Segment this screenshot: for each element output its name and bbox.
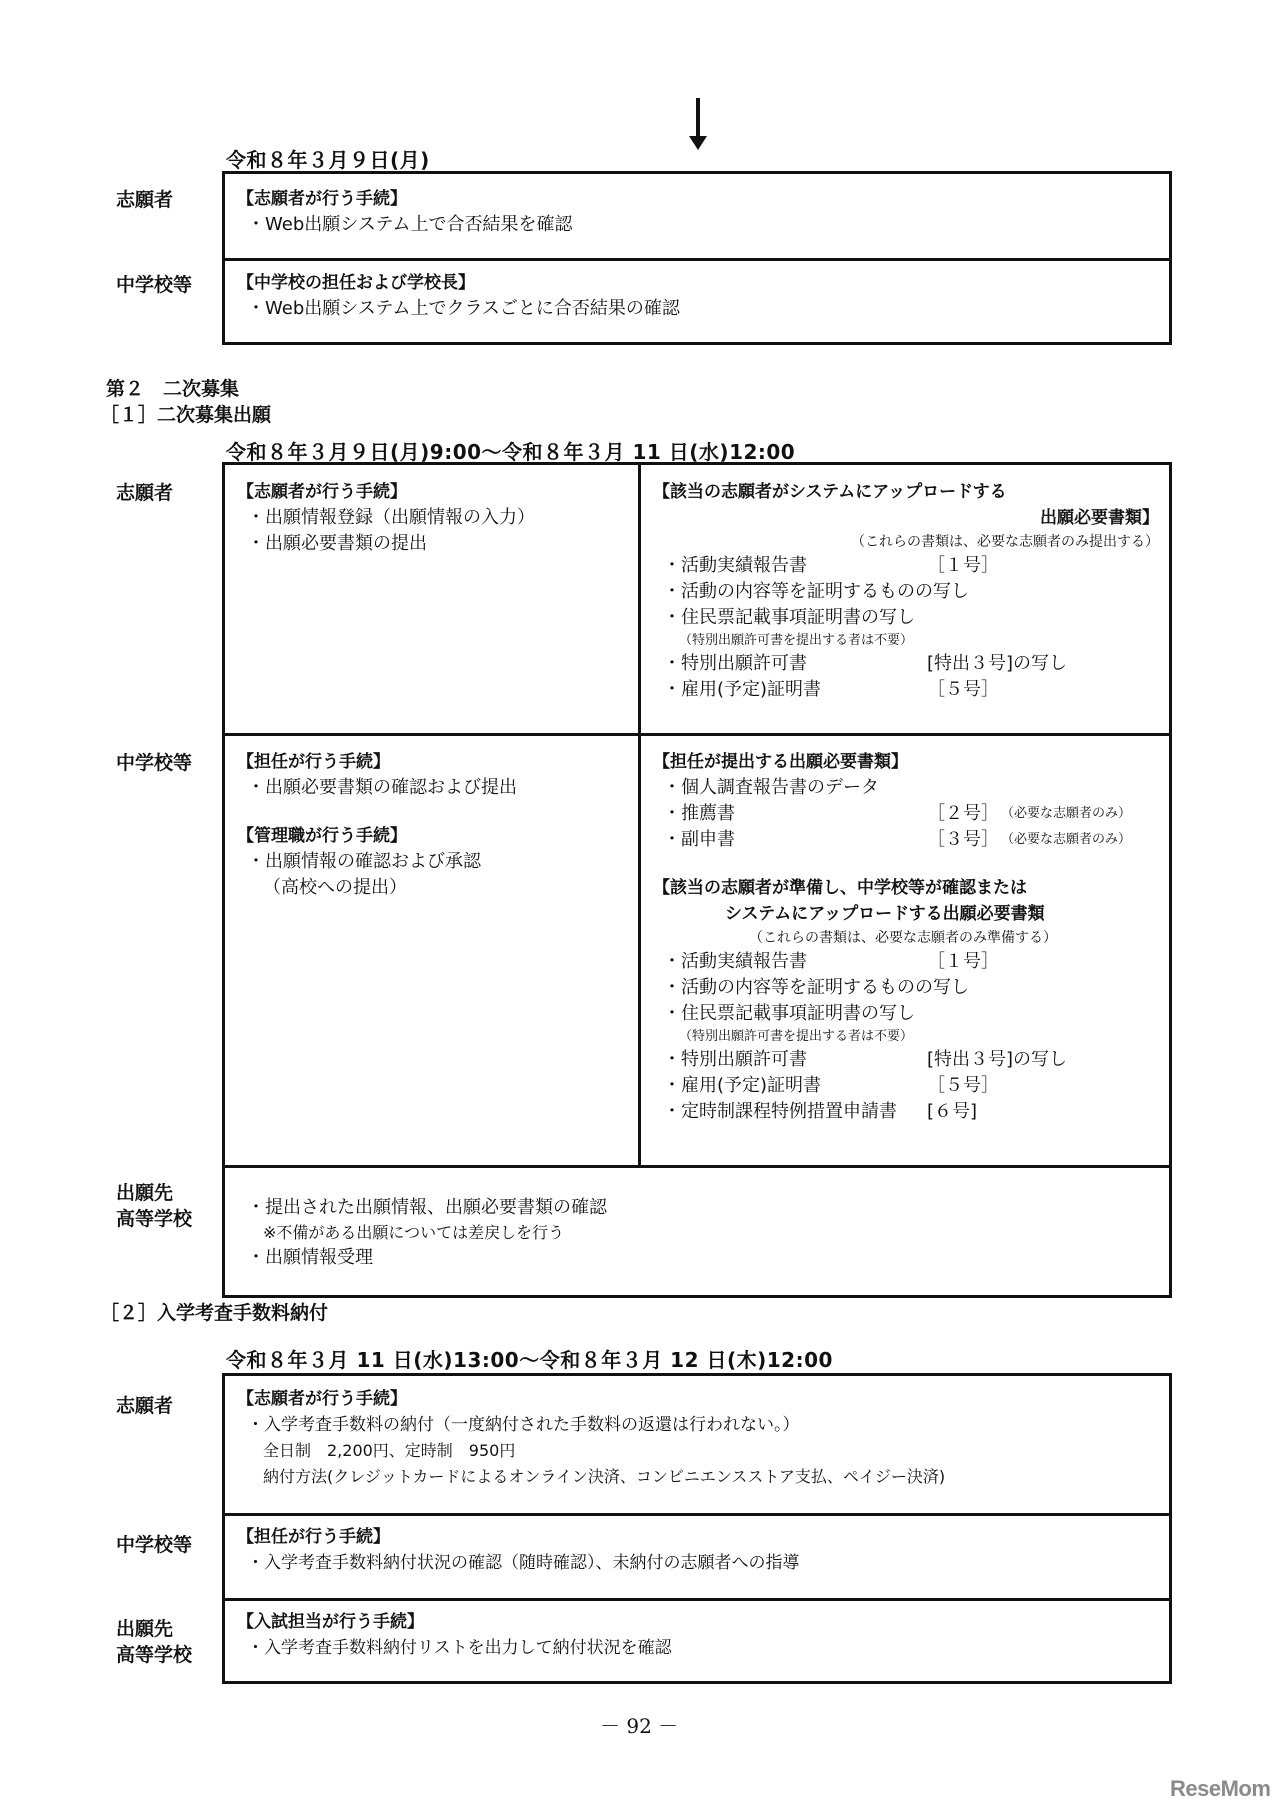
- school-procedure-heading: 【中学校の担任および学校長】: [237, 270, 680, 296]
- exam-officer-procedure-heading: 【入試担当が行う手続】: [237, 1609, 672, 1635]
- fee-table: 【志願者が行う手続】 ・入学考査手数料の納付（一度納付された手数料の返還は行われ…: [222, 1373, 1172, 1684]
- role-high-school-line2: 高等学校: [116, 1206, 192, 1232]
- doc-name: ・雇用(予定)証明書: [663, 1073, 927, 1099]
- down-arrow-icon: [694, 98, 702, 154]
- role-high-school-line1: 出願先: [116, 1180, 173, 1206]
- doc-code: ［１号］: [927, 949, 999, 975]
- applicant-result-item: ・Web出願システム上で合否結果を確認: [237, 212, 572, 238]
- doc-name: ・推薦書: [663, 801, 927, 827]
- school-fee-cell: 【担任が行う手続】 ・入学考査手数料納付状況の確認（随時確認）、未納付の志願者へ…: [237, 1524, 800, 1576]
- doc-note: （必要な志願者のみ）: [999, 827, 1131, 853]
- role-applicant: 志願者: [116, 187, 173, 213]
- doc-name: ・特別出願許可書: [663, 651, 927, 677]
- list-note: ※不備がある出願については差戻しを行う: [237, 1221, 607, 1245]
- doc-code: [特出３号]の写し: [927, 1047, 1067, 1073]
- list-item: ・出願情報登録（出願情報の入力）: [237, 505, 535, 531]
- applicant-procedure-heading: 【志願者が行う手続】: [237, 479, 535, 505]
- school-docs-cell: 【担任が提出する出願必要書類】 ・個人調査報告書のデータ ・推薦書［２号］（必要…: [653, 749, 1163, 1125]
- applicant-fee-cell: 【志願者が行う手続】 ・入学考査手数料の納付（一度納付された手数料の返還は行われ…: [237, 1386, 945, 1490]
- applicant-result-cell: 【志願者が行う手続】 ・Web出願システム上で合否結果を確認: [237, 186, 572, 238]
- doc-note: （必要な志願者のみ）: [999, 801, 1131, 827]
- doc-code: ［３号］: [927, 827, 999, 853]
- teacher-procedure-heading: 【担任が行う手続】: [237, 749, 517, 775]
- doc-code: ［２号］: [927, 801, 999, 827]
- fee-amounts: 全日制 2,200円、定時制 950円: [237, 1438, 945, 1464]
- subsection-2-title: ［２］入学考査手数料納付: [100, 1298, 328, 1325]
- payment-methods: 納付方法(クレジットカードによるオンライン決済、コンビニエンスストア支払、ペイジ…: [237, 1464, 945, 1490]
- upload-docs-heading-cont: 出願必要書類】: [653, 505, 1159, 531]
- prepared-docs-heading-cont: システムにアップロードする出願必要書類: [653, 901, 1163, 927]
- doc-name: ・雇用(予定)証明書: [663, 677, 927, 703]
- list-item: ・入学考査手数料の納付（一度納付された手数料の返還は行われない。）: [237, 1412, 945, 1438]
- doc-code: [特出３号]の写し: [927, 651, 1067, 677]
- result-table: 【志願者が行う手続】 ・Web出願システム上で合否結果を確認 【中学校の担任およ…: [222, 171, 1172, 345]
- teacher-docs-heading: 【担任が提出する出願必要書類】: [653, 749, 1163, 775]
- doc-note: （特別出願許可書を提出する者は不要）: [653, 631, 1159, 651]
- doc-name: ・特別出願許可書: [663, 1047, 927, 1073]
- doc-name: ・個人調査報告書のデータ: [663, 775, 927, 801]
- application-table: 【志願者が行う手続】 ・出願情報登録（出願情報の入力） ・出願必要書類の提出 【…: [222, 462, 1172, 1298]
- doc-name: ・副申書: [663, 827, 927, 853]
- applicant-procedure-heading: 【志願者が行う手続】: [237, 1386, 945, 1412]
- role-junior-high: 中学校等: [116, 750, 192, 776]
- role-high-school-line1: 出願先: [116, 1616, 173, 1642]
- doc-name: ・活動実績報告書: [663, 553, 927, 579]
- school-procedure-cell: 【担任が行う手続】 ・出願必要書類の確認および提出 【管理職が行う手続】 ・出願…: [237, 749, 517, 901]
- doc-name: ・定時制課程特例措置申請書: [663, 1099, 927, 1125]
- doc-name: ・住民票記載事項証明書の写し: [663, 605, 915, 631]
- role-applicant: 志願者: [116, 480, 173, 506]
- applicant-upload-docs-cell: 【該当の志願者がシステムにアップロードする 出願必要書類】 （これらの書類は、必…: [653, 479, 1159, 703]
- list-item: ・出願必要書類の確認および提出: [237, 775, 517, 801]
- subsection-1-title: ［１］二次募集出願: [100, 400, 271, 427]
- school-result-cell: 【中学校の担任および学校長】 ・Web出願システム上でクラスごとに合否結果の確認: [237, 270, 680, 322]
- role-high-school-line2: 高等学校: [116, 1642, 192, 1668]
- role-junior-high: 中学校等: [116, 272, 192, 298]
- admin-procedure-heading: 【管理職が行う手続】: [237, 823, 517, 849]
- page-number: － 92 －: [600, 1710, 678, 1739]
- teacher-procedure-heading: 【担任が行う手続】: [237, 1524, 800, 1550]
- prepared-docs-heading: 【該当の志願者が準備し、中学校等が確認または: [653, 875, 1163, 901]
- doc-note: （特別出願許可書を提出する者は不要）: [653, 1027, 1163, 1047]
- upload-docs-note: （これらの書類は、必要な志願者のみ提出する）: [653, 531, 1159, 553]
- role-junior-high: 中学校等: [116, 1532, 192, 1558]
- application-period: 令和８年３月９日(月)9:00～令和８年３月 11 日(水)12:00: [226, 436, 795, 465]
- doc-code: ［１号］: [927, 553, 999, 579]
- doc-name: ・活動の内容等を証明するものの写し: [663, 579, 969, 605]
- prepared-docs-note: （これらの書類は、必要な志願者のみ準備する）: [653, 927, 1163, 949]
- list-item: ・提出された出願情報、出願必要書類の確認: [237, 1195, 607, 1221]
- applicant-procedure-cell: 【志願者が行う手続】 ・出願情報登録（出願情報の入力） ・出願必要書類の提出: [237, 479, 535, 557]
- applicant-procedure-heading: 【志願者が行う手続】: [237, 186, 572, 212]
- doc-name: ・住民票記載事項証明書の写し: [663, 1001, 915, 1027]
- result-date: 令和８年３月９日(月): [226, 144, 430, 173]
- doc-code: [６号]: [927, 1099, 977, 1125]
- list-item: ・入学考査手数料納付リストを出力して納付状況を確認: [237, 1635, 672, 1661]
- list-item: ・出願情報の確認および承認: [237, 849, 517, 875]
- role-applicant: 志願者: [116, 1393, 173, 1419]
- resemom-watermark-logo: ReseMom: [1170, 1776, 1270, 1802]
- list-item: ・入学考査手数料納付状況の確認（随時確認）、未納付の志願者への指導: [237, 1550, 800, 1576]
- high-school-fee-cell: 【入試担当が行う手続】 ・入学考査手数料納付リストを出力して納付状況を確認: [237, 1609, 672, 1661]
- list-item: （高校への提出）: [237, 875, 517, 901]
- doc-code: ［５号］: [927, 1073, 999, 1099]
- section-title: 第２ 二次募集: [106, 374, 239, 401]
- high-school-procedure-cell: ・提出された出願情報、出願必要書類の確認 ※不備がある出願については差戻しを行う…: [237, 1195, 607, 1271]
- school-result-item: ・Web出願システム上でクラスごとに合否結果の確認: [237, 296, 680, 322]
- list-item: ・出願必要書類の提出: [237, 531, 535, 557]
- doc-code: ［５号］: [927, 677, 999, 703]
- doc-name: ・活動実績報告書: [663, 949, 927, 975]
- upload-docs-heading: 【該当の志願者がシステムにアップロードする: [653, 479, 1159, 505]
- fee-payment-period: 令和８年３月 11 日(水)13:00～令和８年３月 12 日(木)12:00: [226, 1344, 833, 1373]
- doc-name: ・活動の内容等を証明するものの写し: [663, 975, 969, 1001]
- list-item: ・出願情報受理: [237, 1245, 607, 1271]
